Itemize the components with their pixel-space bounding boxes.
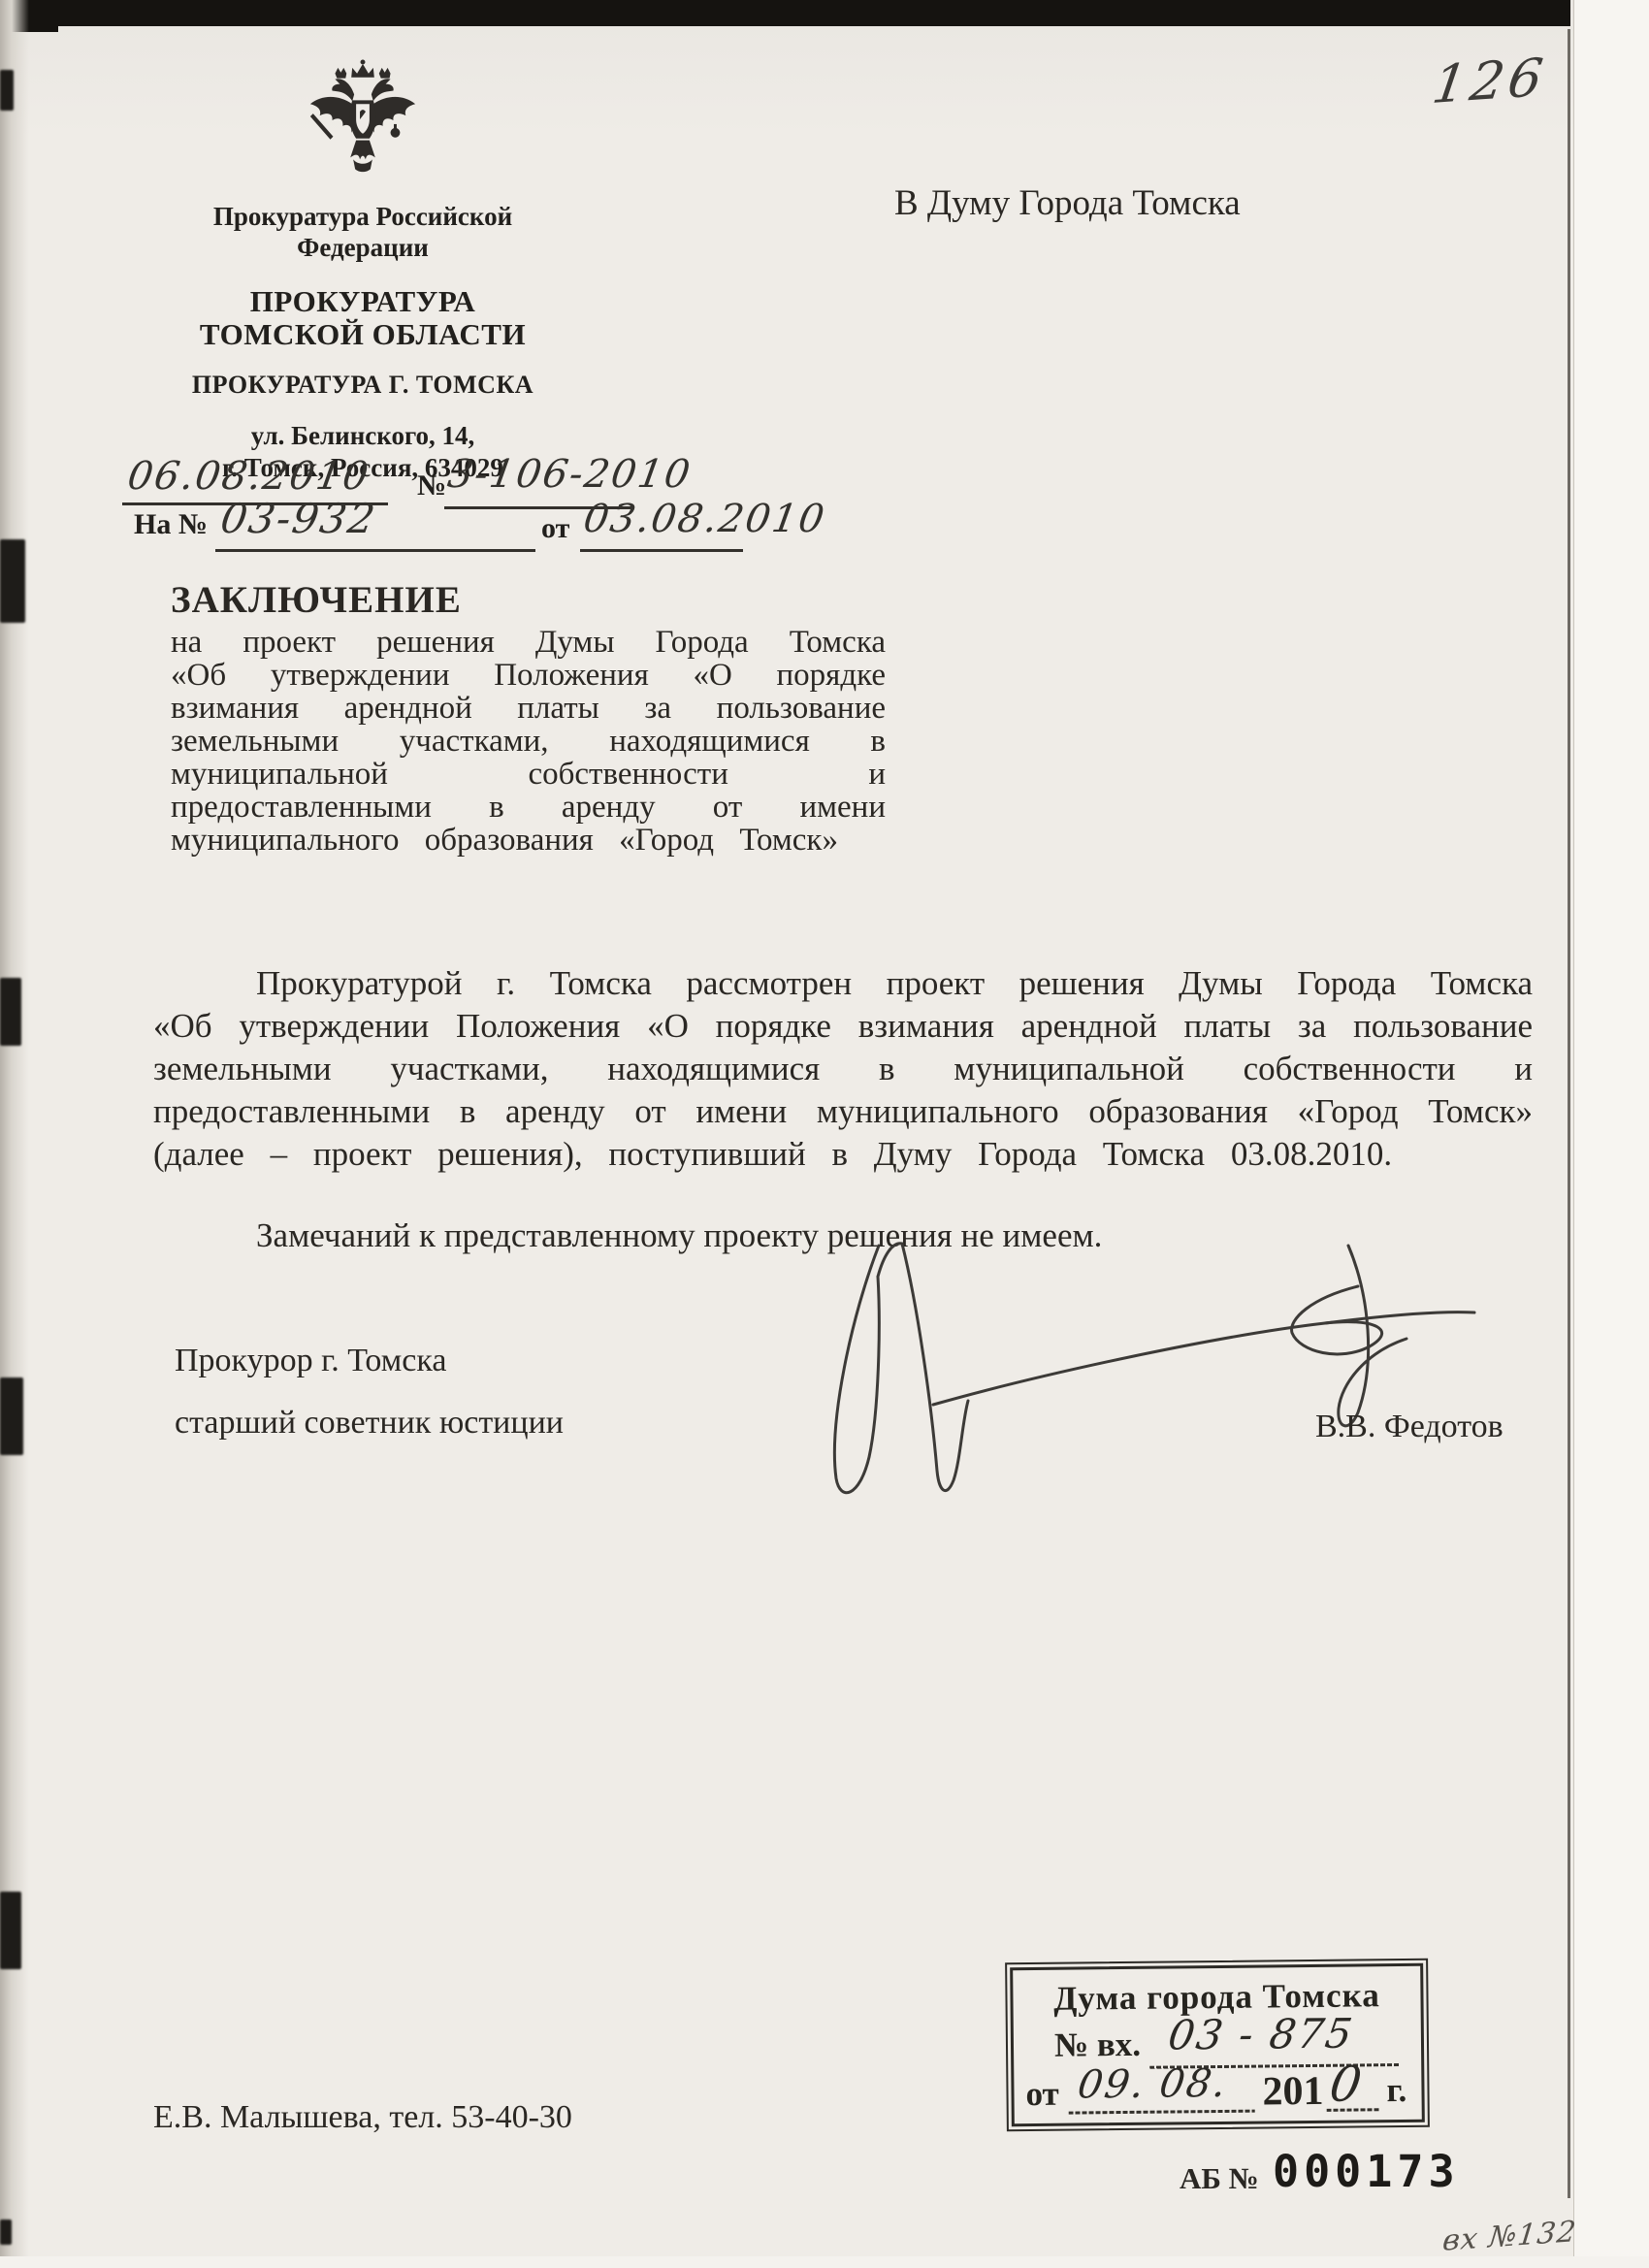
signer-position-line-2: старший советник юстиции xyxy=(175,1405,564,1442)
coat-of-arms-icon xyxy=(301,56,425,184)
scanned-document-page: 126 Прокуратура Росси xyxy=(0,0,1649,2268)
stamp-year-prefix: 201 xyxy=(1262,2068,1323,2116)
org-name-city: ПРОКУРАТУРА Г. ТОМСКА xyxy=(124,371,601,400)
margin-note-handwritten: вх №132 xyxy=(1440,2215,1578,2257)
blank-series-label: АБ № xyxy=(1180,2161,1259,2196)
document-title: ЗАКЛЮЧЕНИЕ xyxy=(171,578,462,622)
scan-edge-left xyxy=(0,0,29,2268)
scan-artifact xyxy=(0,2219,12,2245)
reference-number-handwritten: 03-932 xyxy=(217,495,380,542)
blank-number: 000173 xyxy=(1273,2146,1460,2197)
scan-artifact xyxy=(0,1377,23,1455)
address-line-1: ул. Белинского, 14, xyxy=(124,421,601,451)
number-label: № xyxy=(417,470,446,502)
handwritten-page-number: 126 xyxy=(1429,47,1550,115)
stamp-date-handwritten: 09. 08. xyxy=(1075,2061,1231,2108)
scan-edge-bottom xyxy=(0,2256,1649,2268)
scan-artifact xyxy=(0,1892,21,1969)
stamp-year-fill-handwritten: 0 xyxy=(1326,2056,1367,2112)
org-name-federal: Прокуратура Российской Федерации xyxy=(124,202,601,264)
form-underline xyxy=(215,549,535,552)
stamp-hatch-underline xyxy=(1069,2110,1255,2115)
document-subtitle: на проект решения Думы Города Томска «Об… xyxy=(171,626,886,857)
scan-artifact xyxy=(0,978,21,1046)
reference-label: На № xyxy=(134,508,208,541)
form-underline xyxy=(580,549,743,552)
signer-name: В.В. Федотов xyxy=(1315,1409,1503,1445)
stamp-number-handwritten: 03 - 875 xyxy=(1165,2009,1357,2058)
scan-edge-top xyxy=(0,0,1570,26)
scan-edge-right-strip xyxy=(1573,0,1649,2268)
stamp-year-suffix: г. xyxy=(1386,2071,1406,2110)
body-paragraph-1: Прокуратурой г. Томска рассмотрен проект… xyxy=(153,962,1533,1176)
letterhead: Прокуратура Российской Федерации ПРОКУРА… xyxy=(124,56,601,483)
stamp-number-label: № вх. xyxy=(1054,2025,1141,2065)
outgoing-number-handwritten: 3-106-2010 xyxy=(444,452,695,497)
stamp-hatch-underline xyxy=(1327,2108,1379,2112)
executor-line: Е.В. Малышева, тел. 53-40-30 xyxy=(153,2099,572,2136)
scan-edge-right-line xyxy=(1568,29,1570,2198)
scan-artifact xyxy=(0,70,14,111)
signer-position-line-1: Прокурор г. Томска xyxy=(175,1343,446,1379)
stamp-date-label: от xyxy=(1025,2075,1059,2114)
org-name-regional: ПРОКУРАТУРА ТОМСКОЙ ОБЛАСТИ xyxy=(124,285,601,351)
recipient-line: В Думу Города Томска xyxy=(894,182,1241,224)
outgoing-date-handwritten: 06.08.2010 xyxy=(124,454,372,499)
reference-date-handwritten: 03.08.2010 xyxy=(580,497,828,541)
scan-artifact xyxy=(0,539,25,623)
incoming-stamp: Дума города Томска № вх. 03 - 875 от 09.… xyxy=(1010,1963,1425,2126)
reference-date-label: от xyxy=(541,512,569,545)
signature-stroke-icon xyxy=(755,1234,1492,1525)
